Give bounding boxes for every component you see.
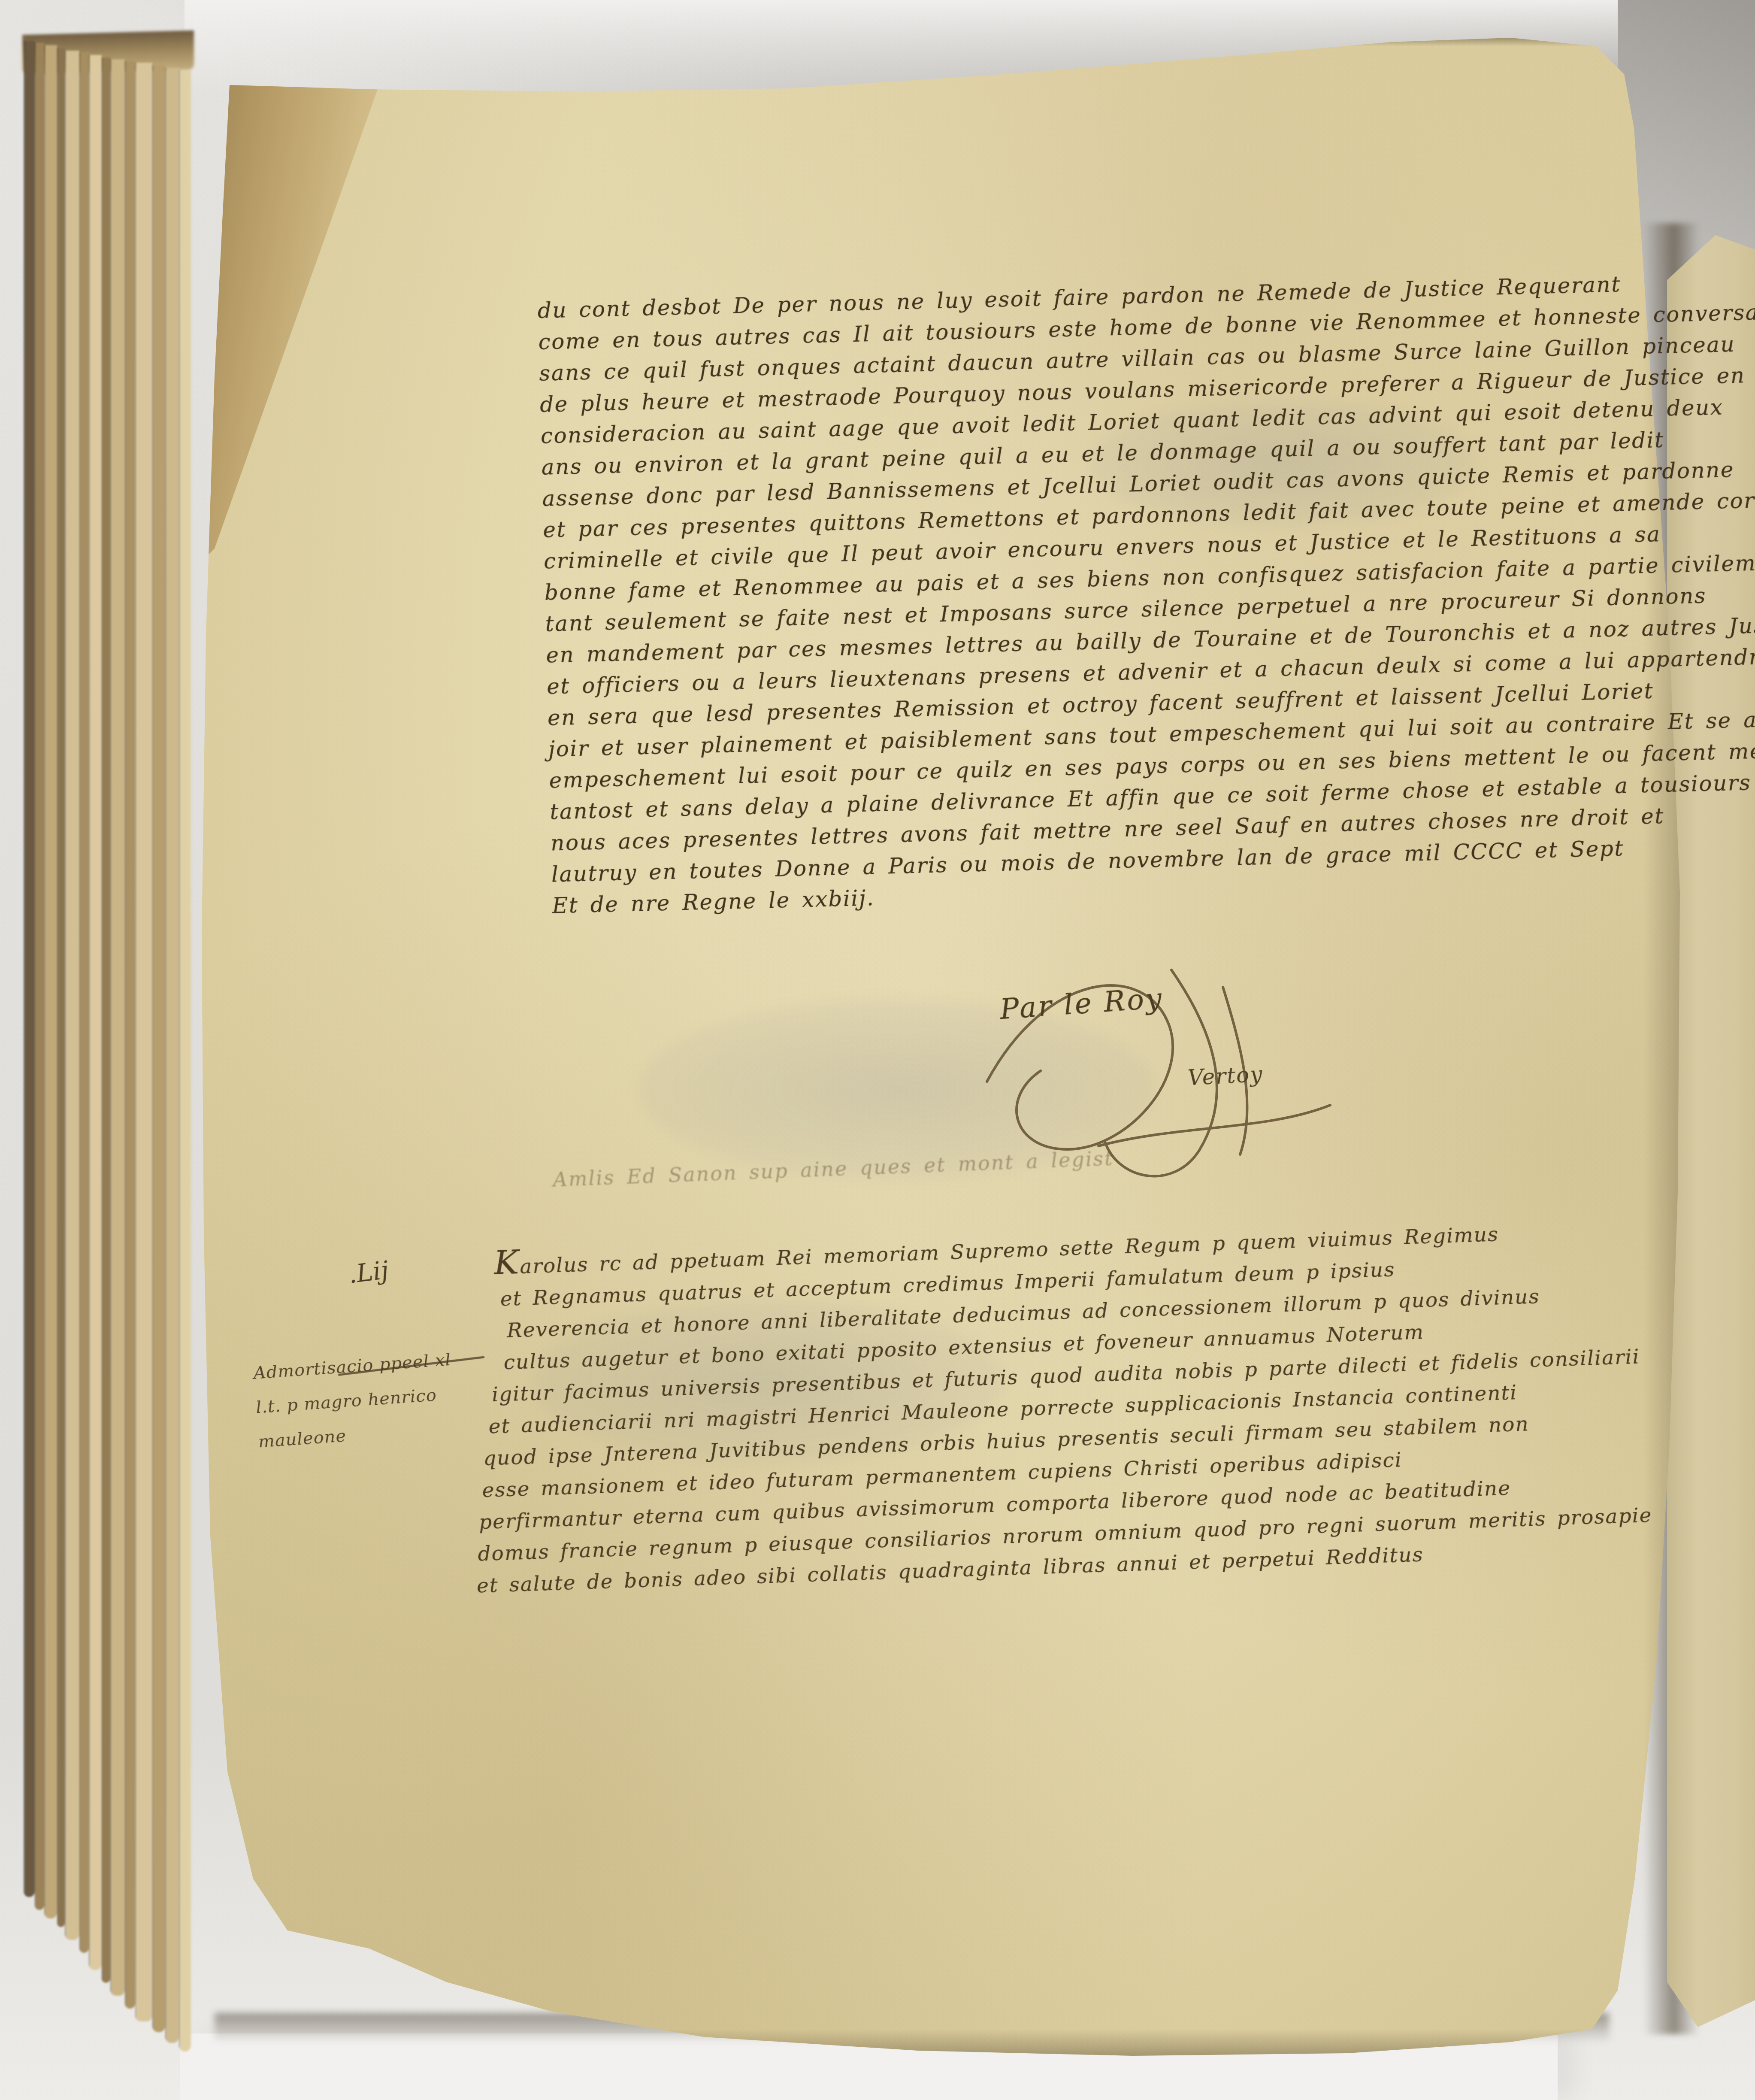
manuscript-photo: du cont desbot De per nous ne luy esoit … <box>0 0 1755 2100</box>
page-edge-strip <box>35 43 44 1910</box>
margin-entry-number: .Lij <box>347 1255 390 1289</box>
book-page-edges <box>0 0 197 2100</box>
signature-secretary: Vertoy <box>1187 1061 1264 1090</box>
page-edge-strip <box>24 41 35 1897</box>
page-edge-strip <box>89 55 102 1970</box>
page-edge-strip <box>165 68 179 2043</box>
page-edge-strip <box>110 59 125 1996</box>
page-edge-strip <box>65 51 79 1940</box>
page-edge-strip <box>79 52 89 1953</box>
page-edge-strip <box>102 58 110 1983</box>
page-edge-strip <box>152 65 165 2032</box>
page-edge-strip <box>135 63 152 2021</box>
page-edge-strip <box>44 45 57 1918</box>
page-edge-strip <box>125 61 135 2009</box>
page-edge-strip <box>179 70 191 2052</box>
latin-act-block: Karolus rc ad ppetuam Rei memoriam Supre… <box>493 1212 1629 1601</box>
french-letter-block: du cont desbot De per nous ne luy esoit … <box>537 269 1625 922</box>
page-edge-strip <box>57 48 65 1927</box>
